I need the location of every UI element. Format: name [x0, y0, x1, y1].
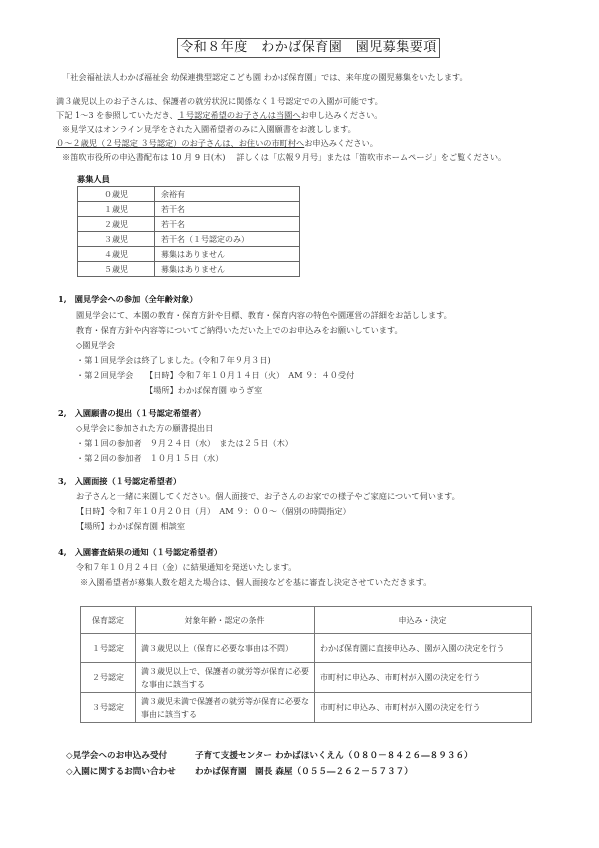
quota-row: ０歳児余裕有: [78, 187, 300, 202]
notice-line-1: 満３歳児以上のお子さんは、保護者の就労状況に関係なく１号認定での入園が可能です。: [56, 96, 383, 107]
quota-status: 募集はありません: [155, 247, 300, 262]
notice-line-2-suffix: お申し込みください。: [301, 110, 383, 120]
cert-application: わかば保育園に直接申込み、園が入園の決定を行う: [315, 634, 532, 663]
table-row: １号認定 満３歳児以上（保育に必要な事由は不問） わかば保育園に直接申込み、園が…: [81, 634, 532, 663]
cert-condition: 満３歳児未満で保護者の就労等が保育に必要な事由に該当する: [136, 693, 315, 723]
cert-type: ３号認定: [81, 693, 136, 723]
notice-line-4: ０～２歳児（２号認定 ３号認定）のお子さんは、お住いの市町村へお申込みください。: [56, 138, 378, 149]
contact-enrollment-value: わかば保育園 園長 森屋（０５５―２６２－５７３７）: [195, 765, 413, 777]
notice-line-5: ※笛吹市役所の申込書配布は 10 月 9 日(木) 詳しくは「広報９月号」または…: [62, 152, 506, 163]
contact-enrollment-label: ◇入園に関するお問い合わせ: [66, 765, 176, 777]
section-1-item-2-label: ・第２回見学会: [76, 370, 133, 381]
cert-type: ２号認定: [81, 663, 136, 693]
quota-table: ０歳児余裕有 １歳児若干名 ２歳児若干名 ３歳児若干名（１号認定のみ） ４歳児募…: [77, 186, 300, 277]
section-2-item-2: ・第２回の参加者 １０月１５日（水）: [76, 453, 223, 464]
contact-visit-value: 子育て支援センター わかばほいくえん（０８０－８４２６―８９３６）: [195, 749, 473, 761]
section-4-text: 令和７年１０月２４日（金）に結果通知を発送いたします。: [76, 562, 296, 573]
table-row: ３号認定 満３歳児未満で保護者の就労等が保育に必要な事由に該当する 市町村に申込…: [81, 693, 532, 723]
notice-line-3: ※見学又はオンライン見学をされた入園希望者のみに入園願書をお渡しします。: [62, 124, 356, 135]
section-1-subheading: ◇園見学会: [76, 340, 115, 351]
quota-status: 若干名（１号認定のみ）: [155, 232, 300, 247]
header-conditions: 対象年齢・認定の条件: [136, 607, 315, 634]
cert-application: 市町村に申込み、市町村が入園の決定を行う: [315, 663, 532, 693]
quota-row: ４歳児募集はありません: [78, 247, 300, 262]
section-1-text-2: 教育・保育方針や内容等についてご納得いただいた上でのお申込みをお願いしています。: [76, 325, 403, 336]
quota-row: ５歳児募集はありません: [78, 262, 300, 277]
quota-age: ５歳児: [78, 262, 155, 277]
quota-row: １歳児若干名: [78, 202, 300, 217]
notice-line-2-underlined: １号認定希望のお子さんは当園へ: [178, 110, 301, 120]
certification-table: 保育認定 対象年齢・認定の条件 申込み・決定 １号認定 満３歳児以上（保育に必要…: [80, 606, 532, 723]
cert-condition: 満３歳児以上（保育に必要な事由は不問）: [136, 634, 315, 663]
quota-status: 若干名: [155, 202, 300, 217]
notice-line-4-underlined: ０～２歳児（２号認定 ３号認定）のお子さんは、お住いの市町村へ: [56, 138, 304, 148]
section-4-note: ※入園希望者が募集人数を超えた場合は、個人面接などを基に審査し決定させていただき…: [80, 577, 431, 588]
table-header-row: 保育認定 対象年齢・認定の条件 申込み・決定: [81, 607, 532, 634]
quota-age: ４歳児: [78, 247, 155, 262]
notice-line-2-prefix: 下記 1～3 を参照していただき、: [56, 110, 178, 120]
section-4-heading: 4, 入園審査結果の通知（１号認定希望者）: [58, 547, 222, 558]
section-1-item-1: ・第１回見学会は終了しました。(令和７年９月３日): [76, 355, 271, 366]
section-2-heading: 2, 入園願書の提出（１号認定希望者）: [58, 408, 206, 419]
cert-application: 市町村に申込み、市町村が入園の決定を行う: [315, 693, 532, 723]
section-3-text: お子さんと一緒に来園してください。個人面接で、お子さんのお家での様子やご家庭につ…: [76, 491, 460, 502]
contact-visit-label: ◇見学会へのお申込み受付: [66, 749, 167, 761]
section-1-item-2-date: 【日時】令和７年１０月１４日（火） AM ９：４０受付: [145, 370, 354, 381]
document-title: 令和８年度 わかば保育園 園児募集要項: [177, 38, 440, 58]
quota-row: ３歳児若干名（１号認定のみ）: [78, 232, 300, 247]
section-1-item-2-place: 【場所】わかば保育園 ゆうぎ室: [145, 385, 262, 396]
quota-heading: 募集人員: [77, 174, 110, 185]
quota-status: 募集はありません: [155, 262, 300, 277]
quota-row: ２歳児若干名: [78, 217, 300, 232]
quota-age: ０歳児: [78, 187, 155, 202]
quota-age: ３歳児: [78, 232, 155, 247]
cert-condition: 満３歳児以上で、保護者の就労等が保育に必要な事由に該当する: [136, 663, 315, 693]
section-3-place: 【場所】わかば保育園 相談室: [76, 521, 185, 532]
quota-status: 若干名: [155, 217, 300, 232]
section-2-item-1: ・第１回の参加者 ９月２４日（水） または２５日（木）: [76, 438, 293, 449]
section-3-heading: 3, 入園面接（１号認定希望者）: [58, 476, 181, 487]
notice-line-4-suffix: お申込みください。: [304, 138, 378, 148]
table-row: ２号認定 満３歳児以上で、保護者の就労等が保育に必要な事由に該当する 市町村に申…: [81, 663, 532, 693]
notice-line-2: 下記 1～3 を参照していただき、１号認定希望のお子さんは当園へお申し込みくださ…: [56, 110, 382, 121]
section-1-heading: 1, 園見学会への参加（全年齢対象）: [58, 294, 198, 305]
quota-age: １歳児: [78, 202, 155, 217]
quota-age: ２歳児: [78, 217, 155, 232]
header-cert-type: 保育認定: [81, 607, 136, 634]
intro-text: 「社会福祉法人わかば福祉会 幼保連携型認定こども園 わかば保育園」では、来年度の…: [62, 72, 468, 83]
section-2-subheading: ◇見学会に参加された方の願書提出日: [76, 423, 213, 434]
quota-status: 余裕有: [155, 187, 300, 202]
header-application: 申込み・決定: [315, 607, 532, 634]
cert-type: １号認定: [81, 634, 136, 663]
section-1-text-1: 園見学会にて、本園の教育・保育方針や目標、教育・保育内容の特色や園運営の詳細をお…: [76, 310, 452, 321]
section-3-date: 【日時】令和７年１０月２０日（月） AM ９：００～（個別の時間指定）: [76, 506, 351, 517]
